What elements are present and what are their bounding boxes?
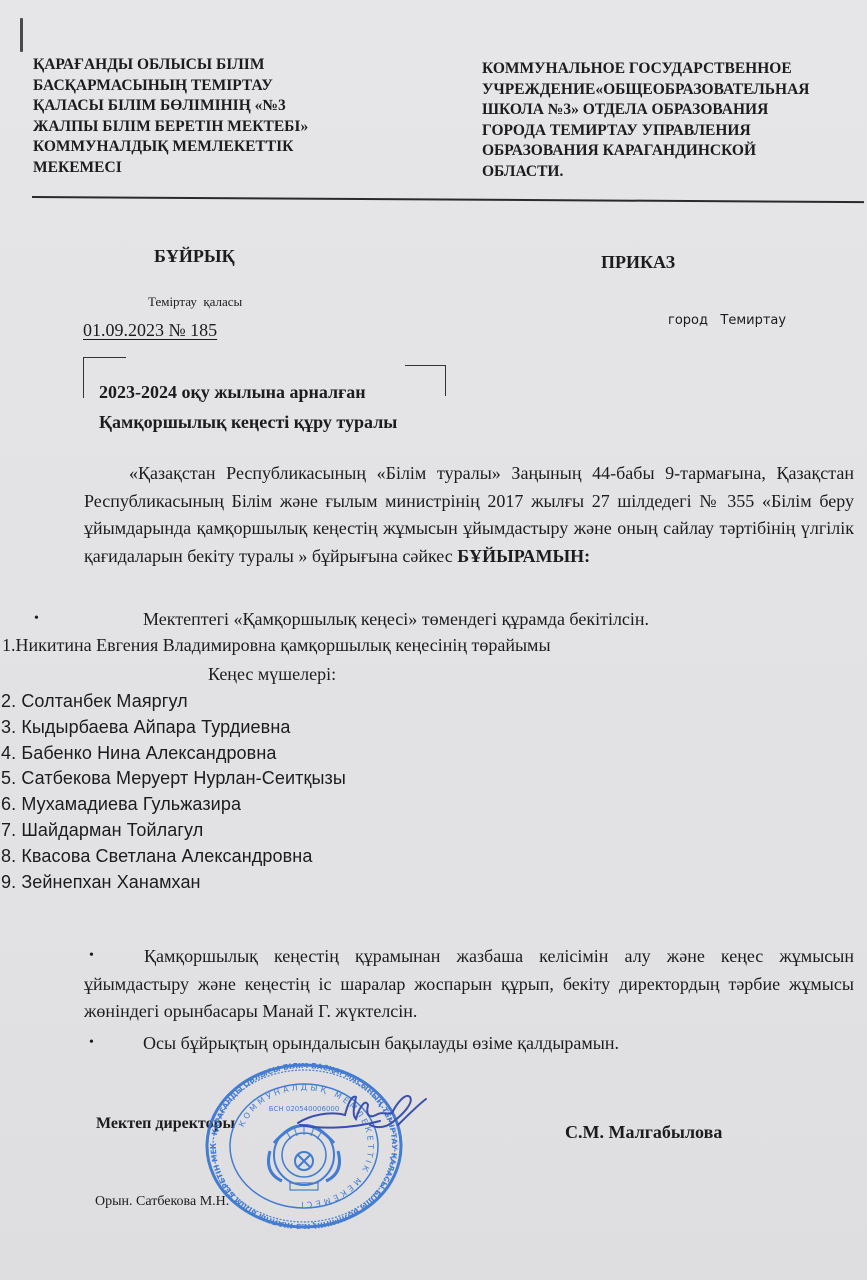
header-kz-line: МЕКЕМЕСІ xyxy=(33,158,433,179)
signatory-name: С.М. Малгабылова xyxy=(565,1122,722,1143)
subject-bracket-right xyxy=(405,365,446,396)
header-kz-line: ҚАЛАСЫ БІЛІМ БӨЛІМІНІҢ «№3 xyxy=(33,96,433,117)
order-title-kz: БҰЙРЫҚ xyxy=(154,246,235,267)
order-word: БҰЙЫРАМЫН: xyxy=(457,546,590,566)
order-date-number: 01.09.2023 № 185 xyxy=(83,320,217,341)
signature-icon xyxy=(290,1085,430,1140)
list-item: 6. Мухамадиева Гульжазира xyxy=(1,792,346,818)
subject-line: Қамқоршылық кеңесті құру туралы xyxy=(99,407,397,437)
preamble-paragraph: «Қазақстан Республикасының «Білім туралы… xyxy=(84,460,854,570)
header-ru-line: ГОРОДА ТЕМИРТАУ УПРАВЛЕНИЯ xyxy=(482,121,867,142)
header-ru-line: ШКОЛА №3» ОТДЕЛА ОБРАЗОВАНИЯ xyxy=(482,100,867,121)
page-edge-mark xyxy=(20,18,23,52)
bullet-icon: • xyxy=(34,611,39,627)
bullet-control: Осы бұйрықтың орындалысын бақылауды өзім… xyxy=(143,1030,619,1058)
order-title-ru: ПРИКАЗ xyxy=(601,252,675,273)
city-ru: город Темиртау xyxy=(668,313,786,328)
list-item: 4. Бабенко Нина Александровна xyxy=(1,741,346,767)
header-kz-line: БАСҚАРМАСЫНЫҢ ТЕМІРТАУ xyxy=(33,76,433,97)
list-item: 2. Солтанбек Маяргул xyxy=(1,689,346,715)
header-ru-line: ОБРАЗОВАНИЯ КАРАГАНДИНСКОЙ xyxy=(482,141,867,162)
header-kz: ҚАРАҒАНДЫ ОБЛЫСЫ БІЛІМ БАСҚАРМАСЫНЫҢ ТЕМ… xyxy=(33,55,433,178)
list-item: 5. Сатбекова Меруерт Нурлан-Сеитқызы xyxy=(1,766,346,792)
bullet-assign-text: Қамқоршылық кеңестің құрамынан жазбаша к… xyxy=(84,946,854,1021)
header-kz-line: ҚАРАҒАНДЫ ОБЛЫСЫ БІЛІМ xyxy=(33,55,433,76)
document-page: ҚАРАҒАНДЫ ОБЛЫСЫ БІЛІМ БАСҚАРМАСЫНЫҢ ТЕМ… xyxy=(0,0,867,1280)
order-subject: 2023-2024 оқу жылына арналған Қамқоршылы… xyxy=(99,377,397,437)
header-ru-line: КОММУНАЛЬНОЕ ГОСУДАРСТВЕННОЕ xyxy=(482,59,867,80)
header-kz-line: ЖАЛПЫ БІЛІМ БЕРЕТІН МЕКТЕБІ» xyxy=(33,117,433,138)
header-ru-line: УЧРЕЖДЕНИЕ«ОБЩЕОБРАЗОВАТЕЛЬНАЯ xyxy=(482,80,867,101)
header-kz-line: КОММУНАЛДЫҚ МЕМЛЕКЕТТІК xyxy=(33,137,433,158)
members-label: Кеңес мүшелері: xyxy=(208,664,336,685)
council-chair: 1.Никитина Евгения Владимировна қамқоршы… xyxy=(2,635,551,656)
bullet-approve-composition: Мектептегі «Қамқоршылық кеңесі» төмендег… xyxy=(143,606,649,634)
members-list: 2. Солтанбек Маяргул 3. Кыдырбаева Айпар… xyxy=(1,689,346,895)
header-divider xyxy=(32,196,864,203)
bullet-assign-deputy: Қамқоршылық кеңестің құрамынан жазбаша к… xyxy=(84,943,854,1026)
list-item: 3. Кыдырбаева Айпара Турдиевна xyxy=(1,715,346,741)
header-ru-line: ОБЛАСТИ. xyxy=(482,162,867,183)
subject-line: 2023-2024 оқу жылына арналған xyxy=(99,377,397,407)
list-item: 8. Квасова Светлана Александровна xyxy=(1,844,346,870)
list-item: 7. Шайдарман Тойлагул xyxy=(1,818,346,844)
bullet-icon: • xyxy=(89,1035,94,1051)
list-item: 9. Зейнепхан Ханамхан xyxy=(1,870,346,896)
header-ru: КОММУНАЛЬНОЕ ГОСУДАРСТВЕННОЕ УЧРЕЖДЕНИЕ«… xyxy=(482,59,867,182)
city-kz: Теміртау қаласы xyxy=(148,294,242,310)
